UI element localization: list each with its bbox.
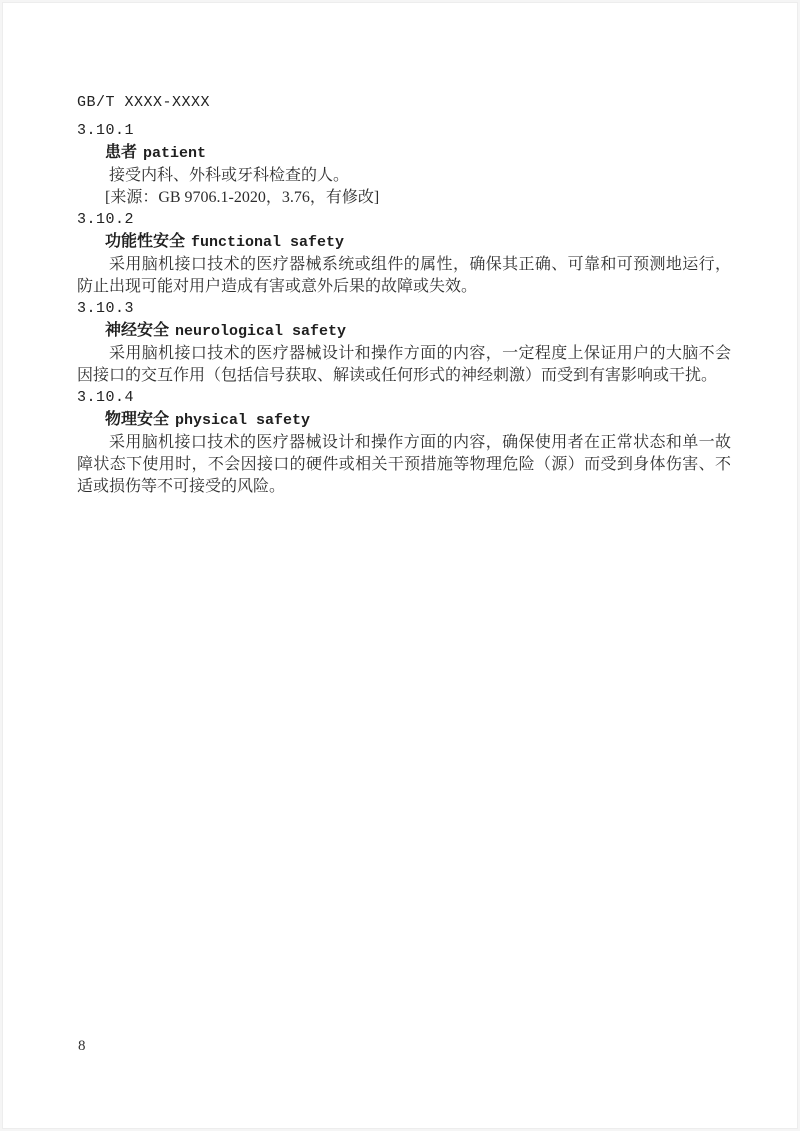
- page-content: GB/T XXXX-XXXX 3.10.1 患者 patient 接受内科、外科…: [77, 92, 731, 498]
- term-english: patient: [143, 145, 206, 162]
- term-chinese: 功能性安全: [105, 233, 185, 250]
- term-line: 物理安全 physical safety: [77, 409, 731, 432]
- definition-text: 采用脑机接口技术的医疗器械设计和操作方面的内容，确保使用者在正常状态和单一故障状…: [77, 432, 731, 498]
- term-english: neurological safety: [175, 323, 346, 340]
- term-section-3-10-2: 3.10.2 功能性安全 functional safety 采用脑机接口技术的…: [77, 209, 731, 298]
- term-line: 神经安全 neurological safety: [77, 320, 731, 343]
- document-page: GB/T XXXX-XXXX 3.10.1 患者 patient 接受内科、外科…: [2, 2, 798, 1129]
- clause-number: 3.10.3: [77, 298, 731, 320]
- term-section-3-10-1: 3.10.1 患者 patient 接受内科、外科或牙科检查的人。 [来源：GB…: [77, 120, 731, 209]
- definition-text: 采用脑机接口技术的医疗器械系统或组件的属性，确保其正确、可靠和可预测地运行，防止…: [77, 254, 731, 298]
- clause-number: 3.10.1: [77, 120, 731, 142]
- page-number: 8: [78, 1038, 86, 1055]
- clause-number: 3.10.4: [77, 387, 731, 409]
- standard-number-header: GB/T XXXX-XXXX: [77, 92, 731, 114]
- term-chinese: 患者: [105, 144, 137, 161]
- term-english: functional safety: [191, 234, 344, 251]
- source-reference: [来源：GB 9706.1-2020，3.76，有修改]: [77, 187, 731, 209]
- definition-text: 采用脑机接口技术的医疗器械设计和操作方面的内容，一定程度上保证用户的大脑不会因接…: [77, 343, 731, 387]
- term-chinese: 神经安全: [105, 322, 169, 339]
- definition-text: 接受内科、外科或牙科检查的人。: [77, 165, 731, 187]
- term-line: 功能性安全 functional safety: [77, 231, 731, 254]
- term-section-3-10-3: 3.10.3 神经安全 neurological safety 采用脑机接口技术…: [77, 298, 731, 387]
- term-section-3-10-4: 3.10.4 物理安全 physical safety 采用脑机接口技术的医疗器…: [77, 387, 731, 498]
- term-chinese: 物理安全: [105, 411, 169, 428]
- clause-number: 3.10.2: [77, 209, 731, 231]
- term-english: physical safety: [175, 412, 310, 429]
- term-line: 患者 patient: [77, 142, 731, 165]
